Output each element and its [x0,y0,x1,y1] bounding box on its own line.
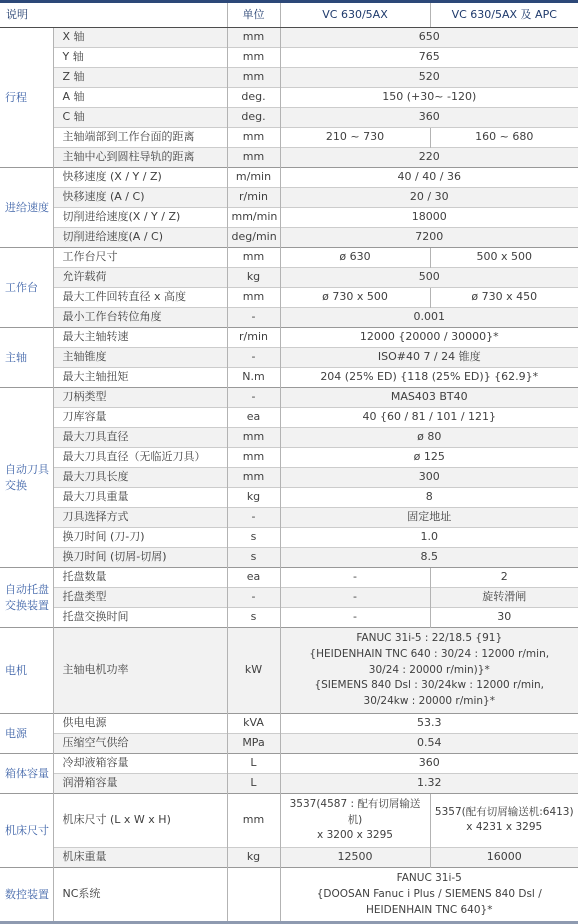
table-row: 最大刀具直径mmø 80 [0,428,578,448]
table-row: 电机主轴电机功率kWFANUC 31i-5 : 22/18.5 {91} {HE… [0,628,578,714]
unit-cell: kg [227,488,280,508]
spec-name-cell: 最大主轴扭矩 [53,368,227,388]
unit-cell: - [227,308,280,328]
value-cell: 150 (+30~ -120) [280,88,578,108]
spec-name-cell: 主轴端部到工作台面的距离 [53,128,227,148]
header-unit: 单位 [227,2,280,28]
spec-name-cell: 换刀时间 (刀-刀) [53,528,227,548]
spec-name-cell: 主轴锥度 [53,348,227,368]
unit-cell: r/min [227,188,280,208]
group-label: 数控装置 [0,868,53,923]
value-cell: ø 125 [280,448,578,468]
header-model-b: VC 630/5AX 及 APC [430,2,578,28]
value-cell: FANUC 31i-5 : 22/18.5 {91} {HEIDENHAIN T… [280,628,578,714]
spec-name-cell: 最大刀具直径（无临近刀具） [53,448,227,468]
spec-name-cell: 托盘数量 [53,568,227,588]
unit-cell: mm [227,288,280,308]
table-row: 机床重量kg1250016000 [0,848,578,868]
unit-cell: mm [227,28,280,48]
unit-cell: - [227,588,280,608]
value-cell: ø 730 x 450 [430,288,578,308]
table-row: 主轴端部到工作台面的距离mm210 ~ 730160 ~ 680 [0,128,578,148]
table-row: 箱体容量冷却液箱容量L360 [0,753,578,773]
spec-name-cell: Y 轴 [53,48,227,68]
spec-name-cell: 切削进给速度(X / Y / Z) [53,208,227,228]
table-row: 进给速度快移速度 (X / Y / Z)m/min40 / 40 / 36 [0,168,578,188]
table-row: Y 轴mm765 [0,48,578,68]
spec-name-cell: 压缩空气供给 [53,733,227,753]
spec-name-cell: 最大刀具直径 [53,428,227,448]
table-row: 最大工件回转直径 x 高度mmø 730 x 500ø 730 x 450 [0,288,578,308]
value-cell: 0.54 [280,733,578,753]
unit-cell [227,868,280,923]
unit-cell: L [227,773,280,793]
value-cell: - [280,588,430,608]
value-cell: 20 / 30 [280,188,578,208]
unit-cell: mm [227,428,280,448]
unit-cell: mm [227,248,280,268]
value-cell: 210 ~ 730 [280,128,430,148]
unit-cell: s [227,548,280,568]
table-row: Z 轴mm520 [0,68,578,88]
table-row: 电源供电电源kVA53.3 [0,713,578,733]
unit-cell: ea [227,408,280,428]
unit-cell: N.m [227,368,280,388]
table-row: 刀具选择方式-固定地址 [0,508,578,528]
value-cell: ISO#40 7 / 24 锥度 [280,348,578,368]
group-label: 主轴 [0,328,53,388]
value-cell: 1.0 [280,528,578,548]
unit-cell: mm [227,793,280,847]
unit-cell: mm [227,128,280,148]
value-cell: 7200 [280,228,578,248]
unit-cell: - [227,388,280,408]
unit-cell: - [227,348,280,368]
unit-cell: mm [227,448,280,468]
value-cell: 360 [280,753,578,773]
value-cell: 30 [430,608,578,628]
table-row: A 轴deg.150 (+30~ -120) [0,88,578,108]
value-cell: 360 [280,108,578,128]
spec-name-cell: 润滑箱容量 [53,773,227,793]
spec-name-cell: 换刀时间 (切屑-切屑) [53,548,227,568]
table-row: 切削进给速度(A / C)deg/min7200 [0,228,578,248]
unit-cell: - [227,508,280,528]
value-cell: 12000 {20000 / 30000}* [280,328,578,348]
spec-name-cell: 冷却液箱容量 [53,753,227,773]
spec-name-cell: A 轴 [53,88,227,108]
value-cell: 160 ~ 680 [430,128,578,148]
unit-cell: mm [227,68,280,88]
table-row: 工作台工作台尺寸mmø 630500 x 500 [0,248,578,268]
table-row: 托盘交换时间s-30 [0,608,578,628]
value-cell: ø 730 x 500 [280,288,430,308]
unit-cell: mm [227,468,280,488]
unit-cell: deg. [227,108,280,128]
spec-name-cell: 切削进给速度(A / C) [53,228,227,248]
spec-name-cell: 刀柄类型 [53,388,227,408]
table-row: 自动托盘交换装置托盘数量ea-2 [0,568,578,588]
spec-name-cell: 机床重量 [53,848,227,868]
spec-name-cell: 机床尺寸 (L x W x H) [53,793,227,847]
spec-name-cell: 刀库容量 [53,408,227,428]
spec-name-cell: 快移速度 (A / C) [53,188,227,208]
value-cell: 固定地址 [280,508,578,528]
value-cell: 40 / 40 / 36 [280,168,578,188]
group-label: 机床尺寸 [0,793,53,867]
value-cell: 220 [280,148,578,168]
table-row: 主轴中心到圆柱导轨的距离mm220 [0,148,578,168]
header-row: 说明 单位 VC 630/5AX VC 630/5AX 及 APC [0,2,578,28]
value-cell: 204 (25% ED) {118 (25% ED)} {62.9}* [280,368,578,388]
value-cell: 2 [430,568,578,588]
value-cell: ø 80 [280,428,578,448]
table-row: 润滑箱容量L1.32 [0,773,578,793]
value-cell: 0.001 [280,308,578,328]
value-cell: 旋转滑闸 [430,588,578,608]
unit-cell: ea [227,568,280,588]
group-label: 电源 [0,713,53,753]
spec-name-cell: C 轴 [53,108,227,128]
table-row: 最大主轴扭矩N.m204 (25% ED) {118 (25% ED)} {62… [0,368,578,388]
table-row: 允许载荷kg500 [0,268,578,288]
value-cell: 300 [280,468,578,488]
spec-name-cell: Z 轴 [53,68,227,88]
spec-table-body: 行程X 轴mm650Y 轴mm765Z 轴mm520A 轴deg.150 (+3… [0,28,578,923]
unit-cell: s [227,528,280,548]
spec-name-cell: NC系统 [53,868,227,923]
spec-table: 说明 单位 VC 630/5AX VC 630/5AX 及 APC 行程X 轴m… [0,0,578,924]
value-cell: 500 x 500 [430,248,578,268]
table-row: 主轴最大主轴转速r/min12000 {20000 / 30000}* [0,328,578,348]
value-cell: FANUC 31i-5 {DOOSAN Fanuc i Plus / SIEME… [280,868,578,923]
value-cell: - [280,568,430,588]
value-cell: 12500 [280,848,430,868]
table-row: 刀库容量ea40 {60 / 81 / 101 / 121} [0,408,578,428]
value-cell: 500 [280,268,578,288]
value-cell: MAS403 BT40 [280,388,578,408]
table-row: 数控装置NC系统FANUC 31i-5 {DOOSAN Fanuc i Plus… [0,868,578,923]
spec-name-cell: 刀具选择方式 [53,508,227,528]
table-row: 最大刀具重量kg8 [0,488,578,508]
spec-name-cell: 最大工件回转直径 x 高度 [53,288,227,308]
table-row: 行程X 轴mm650 [0,28,578,48]
value-cell: ø 630 [280,248,430,268]
table-row: C 轴deg.360 [0,108,578,128]
header-desc: 说明 [0,2,227,28]
spec-name-cell: 主轴电机功率 [53,628,227,714]
table-row: 换刀时间 (切屑-切屑)s8.5 [0,548,578,568]
unit-cell: kg [227,268,280,288]
value-cell: 16000 [430,848,578,868]
table-row: 换刀时间 (刀-刀)s1.0 [0,528,578,548]
spec-name-cell: 允许载荷 [53,268,227,288]
table-row: 压缩空气供给MPa0.54 [0,733,578,753]
unit-cell: r/min [227,328,280,348]
value-cell: 53.3 [280,713,578,733]
group-label: 自动刀具 交换 [0,388,53,568]
value-cell: 650 [280,28,578,48]
header-model-a: VC 630/5AX [280,2,430,28]
value-cell: - [280,608,430,628]
table-row: 主轴锥度-ISO#40 7 / 24 锥度 [0,348,578,368]
unit-cell: deg. [227,88,280,108]
spec-name-cell: X 轴 [53,28,227,48]
unit-cell: mm/min [227,208,280,228]
group-label: 箱体容量 [0,753,53,793]
table-row: 最小工作台转位角度-0.001 [0,308,578,328]
value-cell: 5357(配有切屑输送机:6413) x 4231 x 3295 [430,793,578,847]
unit-cell: kg [227,848,280,868]
group-label: 行程 [0,28,53,168]
table-row: 快移速度 (A / C)r/min20 / 30 [0,188,578,208]
unit-cell: L [227,753,280,773]
spec-name-cell: 最大刀具长度 [53,468,227,488]
value-cell: 8.5 [280,548,578,568]
table-row: 机床尺寸机床尺寸 (L x W x H)mm3537(4587 : 配有切屑输送… [0,793,578,847]
value-cell: 18000 [280,208,578,228]
value-cell: 3537(4587 : 配有切屑输送机) x 3200 x 3295 [280,793,430,847]
spec-name-cell: 供电电源 [53,713,227,733]
table-row: 切削进给速度(X / Y / Z)mm/min18000 [0,208,578,228]
unit-cell: kVA [227,713,280,733]
spec-name-cell: 最小工作台转位角度 [53,308,227,328]
table-row: 最大刀具长度mm300 [0,468,578,488]
spec-name-cell: 工作台尺寸 [53,248,227,268]
unit-cell: kW [227,628,280,714]
value-cell: 1.32 [280,773,578,793]
unit-cell: m/min [227,168,280,188]
group-label: 进给速度 [0,168,53,248]
unit-cell: MPa [227,733,280,753]
unit-cell: s [227,608,280,628]
value-cell: 520 [280,68,578,88]
spec-name-cell: 主轴中心到圆柱导轨的距离 [53,148,227,168]
spec-name-cell: 托盘类型 [53,588,227,608]
group-label: 电机 [0,628,53,714]
spec-name-cell: 快移速度 (X / Y / Z) [53,168,227,188]
value-cell: 40 {60 / 81 / 101 / 121} [280,408,578,428]
unit-cell: mm [227,148,280,168]
table-row: 自动刀具 交换刀柄类型-MAS403 BT40 [0,388,578,408]
unit-cell: mm [227,48,280,68]
value-cell: 765 [280,48,578,68]
unit-cell: deg/min [227,228,280,248]
group-label: 工作台 [0,248,53,328]
group-label: 自动托盘交换装置 [0,568,53,628]
table-row: 最大刀具直径（无临近刀具）mmø 125 [0,448,578,468]
value-cell: 8 [280,488,578,508]
spec-name-cell: 托盘交换时间 [53,608,227,628]
table-row: 托盘类型--旋转滑闸 [0,588,578,608]
spec-name-cell: 最大主轴转速 [53,328,227,348]
spec-name-cell: 最大刀具重量 [53,488,227,508]
